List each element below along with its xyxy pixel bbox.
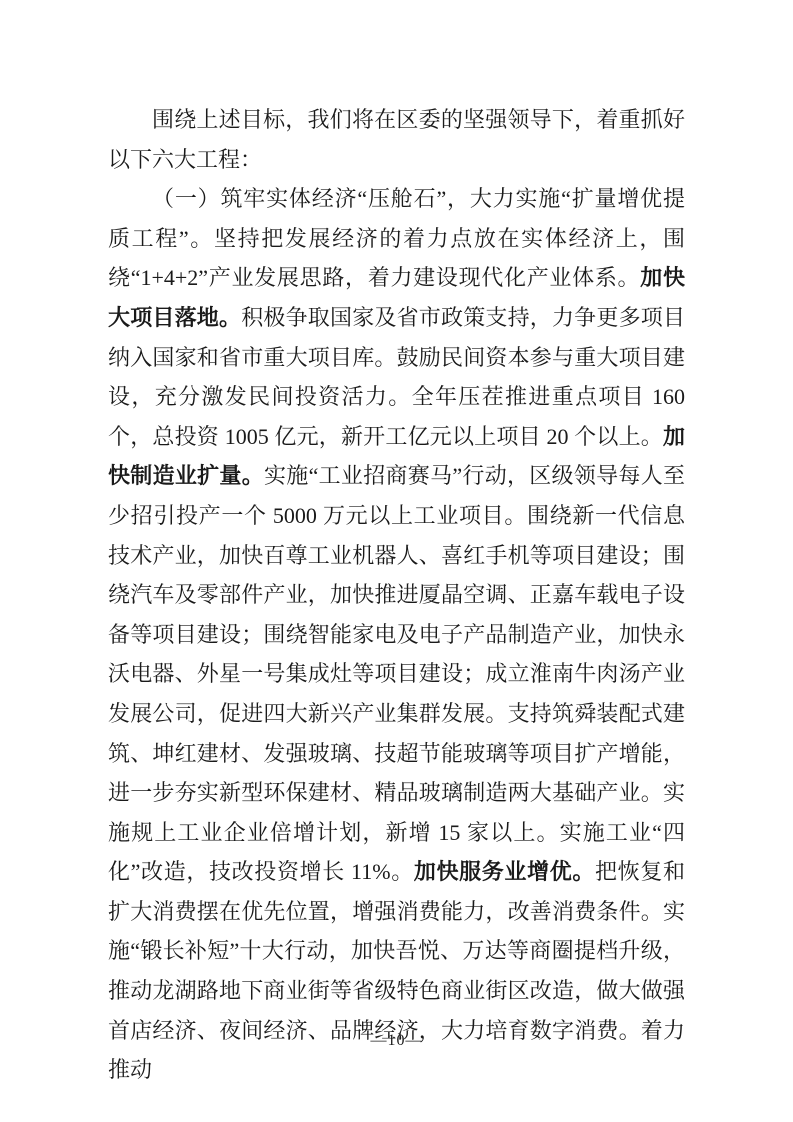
document-page: 围绕上述目标，我们将在区委的坚强领导下，着重抓好以下六大工程： （一）筑牢实体经… [0,0,793,1122]
emphasis-run: 加快服务业增优。 [414,859,595,884]
page-footer: —10— [0,1032,793,1050]
paragraph-intro: 围绕上述目标，我们将在区委的坚强领导下，着重抓好以下六大工程： [108,100,685,179]
page-number: —10— [371,1032,423,1049]
document-body: 围绕上述目标，我们将在区委的坚强领导下，着重抓好以下六大工程： （一）筑牢实体经… [108,100,685,1090]
text-run: 实施“工业招商赛马”行动，区级领导每人至少招引投产一个 5000 万元以上工业项… [108,463,685,884]
text-run: 围绕上述目标，我们将在区委的坚强领导下，着重抓好以下六大工程： [108,107,685,172]
paragraph-section-one: （一）筑牢实体经济“压舱石”，大力实施“扩量增优提质工程”。坚持把发展经济的着力… [108,179,685,1090]
